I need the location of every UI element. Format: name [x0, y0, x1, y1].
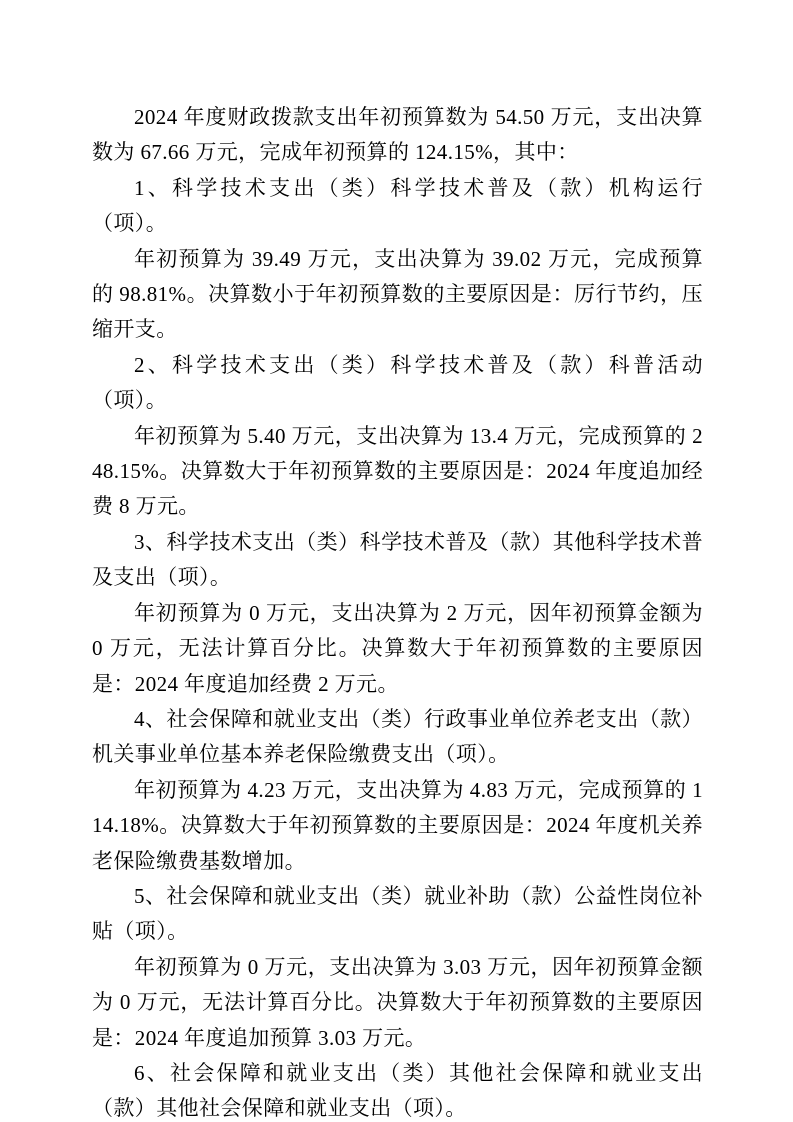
item-2-detail: 年初预算为 5.40 万元，支出决算为 13.4 万元，完成预算的 248.15… [92, 419, 703, 525]
item-4-detail: 年初预算为 4.23 万元，支出决算为 4.83 万元，完成预算的 114.18… [92, 773, 703, 879]
item-4-heading: 4、社会保障和就业支出（类）行政事业单位养老支出（款）机关事业单位基本养老保险缴… [92, 702, 703, 773]
item-1-detail: 年初预算为 39.49 万元，支出决算为 39.02 万元，完成预算的 98.8… [92, 242, 703, 348]
item-2-heading: 2、科学技术支出（类）科学技术普及（款）科普活动（项）。 [92, 348, 703, 419]
summary-paragraph: 2024 年度财政拨款支出年初预算数为 54.50 万元，支出决算数为 67.6… [92, 100, 703, 171]
item-5-detail: 年初预算为 0 万元，支出决算为 3.03 万元，因年初预算金额为 0 万元，无… [92, 950, 703, 1056]
item-3-detail: 年初预算为 0 万元，支出决算为 2 万元，因年初预算金额为 0 万元，无法计算… [92, 596, 703, 702]
item-1-heading: 1、科学技术支出（类）科学技术普及（款）机构运行（项）。 [92, 171, 703, 242]
item-3-heading: 3、科学技术支出（类）科学技术普及（款）其他科学技术普及支出（项）。 [92, 525, 703, 596]
document-page: 2024 年度财政拨款支出年初预算数为 54.50 万元，支出决算数为 67.6… [0, 0, 793, 1122]
item-5-heading: 5、社会保障和就业支出（类）就业补助（款）公益性岗位补贴（项）。 [92, 879, 703, 950]
document-body: 2024 年度财政拨款支出年初预算数为 54.50 万元，支出决算数为 67.6… [92, 100, 703, 1122]
item-6-heading: 6、社会保障和就业支出（类）其他社会保障和就业支出（款）其他社会保障和就业支出（… [92, 1056, 703, 1122]
